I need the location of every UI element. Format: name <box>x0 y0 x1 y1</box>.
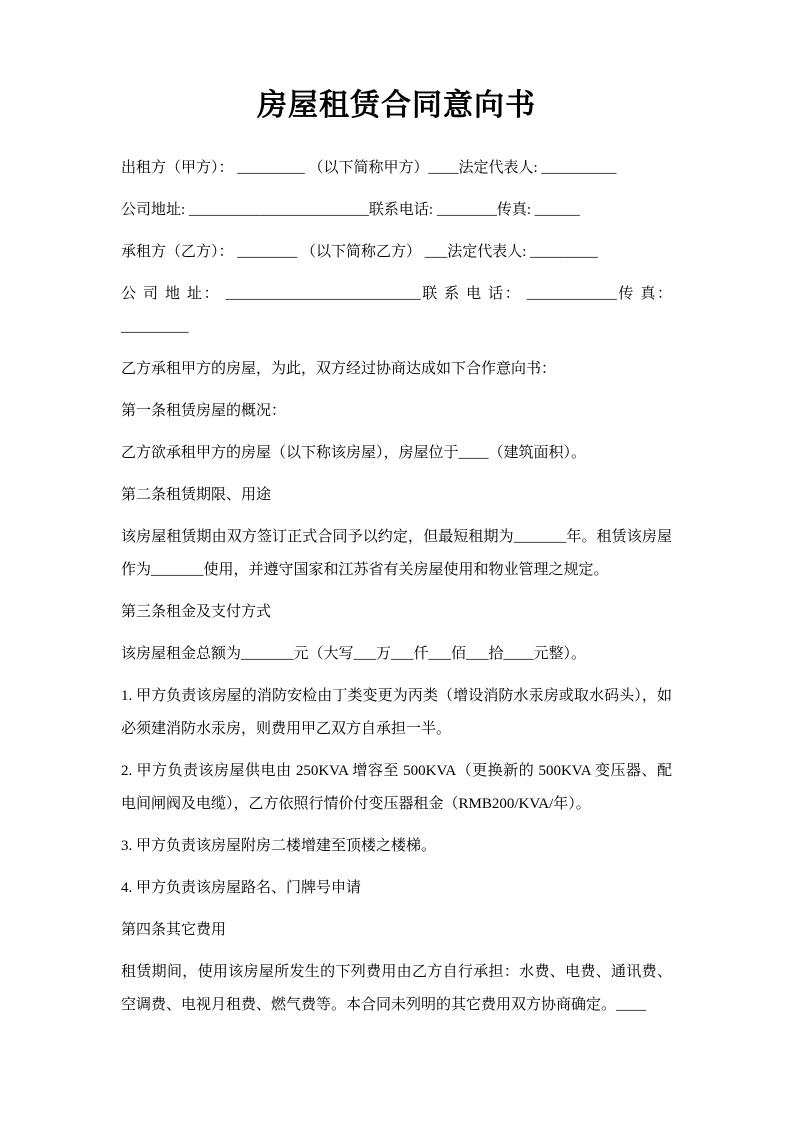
clause4-heading: 第四条其它费用 <box>121 914 672 947</box>
lessee-address-line: 公 司 地 址： __________________________联 系 电… <box>121 278 672 344</box>
clause2-body: 该房屋租赁期由双方签订正式合同予以约定，但最短租期为_______年。租赁该房屋… <box>121 521 672 587</box>
clause3-item-2: 2. 甲方负责该房屋供电由 250KVA 增容至 500KVA（更换新的 500… <box>121 755 672 821</box>
clause3-heading: 第三条租金及支付方式 <box>121 596 672 629</box>
clause3-item-3: 3. 甲方负责该房屋附房二楼增建至顶楼之楼梯。 <box>121 830 672 863</box>
lessor-address-line: 公司地址: ________________________联系电话: ____… <box>121 194 672 227</box>
clause4-body: 租赁期间，使用该房屋所发生的下列费用由乙方自行承担：水费、电费、通讯费、空调费、… <box>121 956 672 1022</box>
preamble: 乙方承租甲方的房屋，为此，双方经过协商达成如下合作意向书： <box>121 353 672 386</box>
clause3-item-1: 1. 甲方负责该房屋的消防安检由丁类变更为丙类（增设消防水汞房或取水码头），如必… <box>121 680 672 746</box>
lessor-party-line: 出租方（甲方）： _________ （以下简称甲方）____法定代表人: __… <box>121 152 672 185</box>
document-page: 房屋租赁合同意向书 出租方（甲方）： _________ （以下简称甲方）___… <box>0 0 793 1122</box>
clause3-rent-line: 该房屋租金总额为_______元（大写___万___仟___佰___拾____元… <box>121 638 672 671</box>
lessee-party-line: 承租方（乙方）： ________ （以下简称乙方） ___法定代表人: ___… <box>121 236 672 269</box>
document-title: 房屋租赁合同意向书 <box>121 86 672 126</box>
clause2-heading: 第二条租赁期限、用途 <box>121 479 672 512</box>
clause1-heading: 第一条租赁房屋的概况： <box>121 395 672 428</box>
clause1-body: 乙方欲承租甲方的房屋（以下称该房屋），房屋位于____（建筑面积）。 <box>121 437 672 470</box>
clause3-item-4: 4. 甲方负责该房屋路名、门牌号申请 <box>121 872 672 905</box>
